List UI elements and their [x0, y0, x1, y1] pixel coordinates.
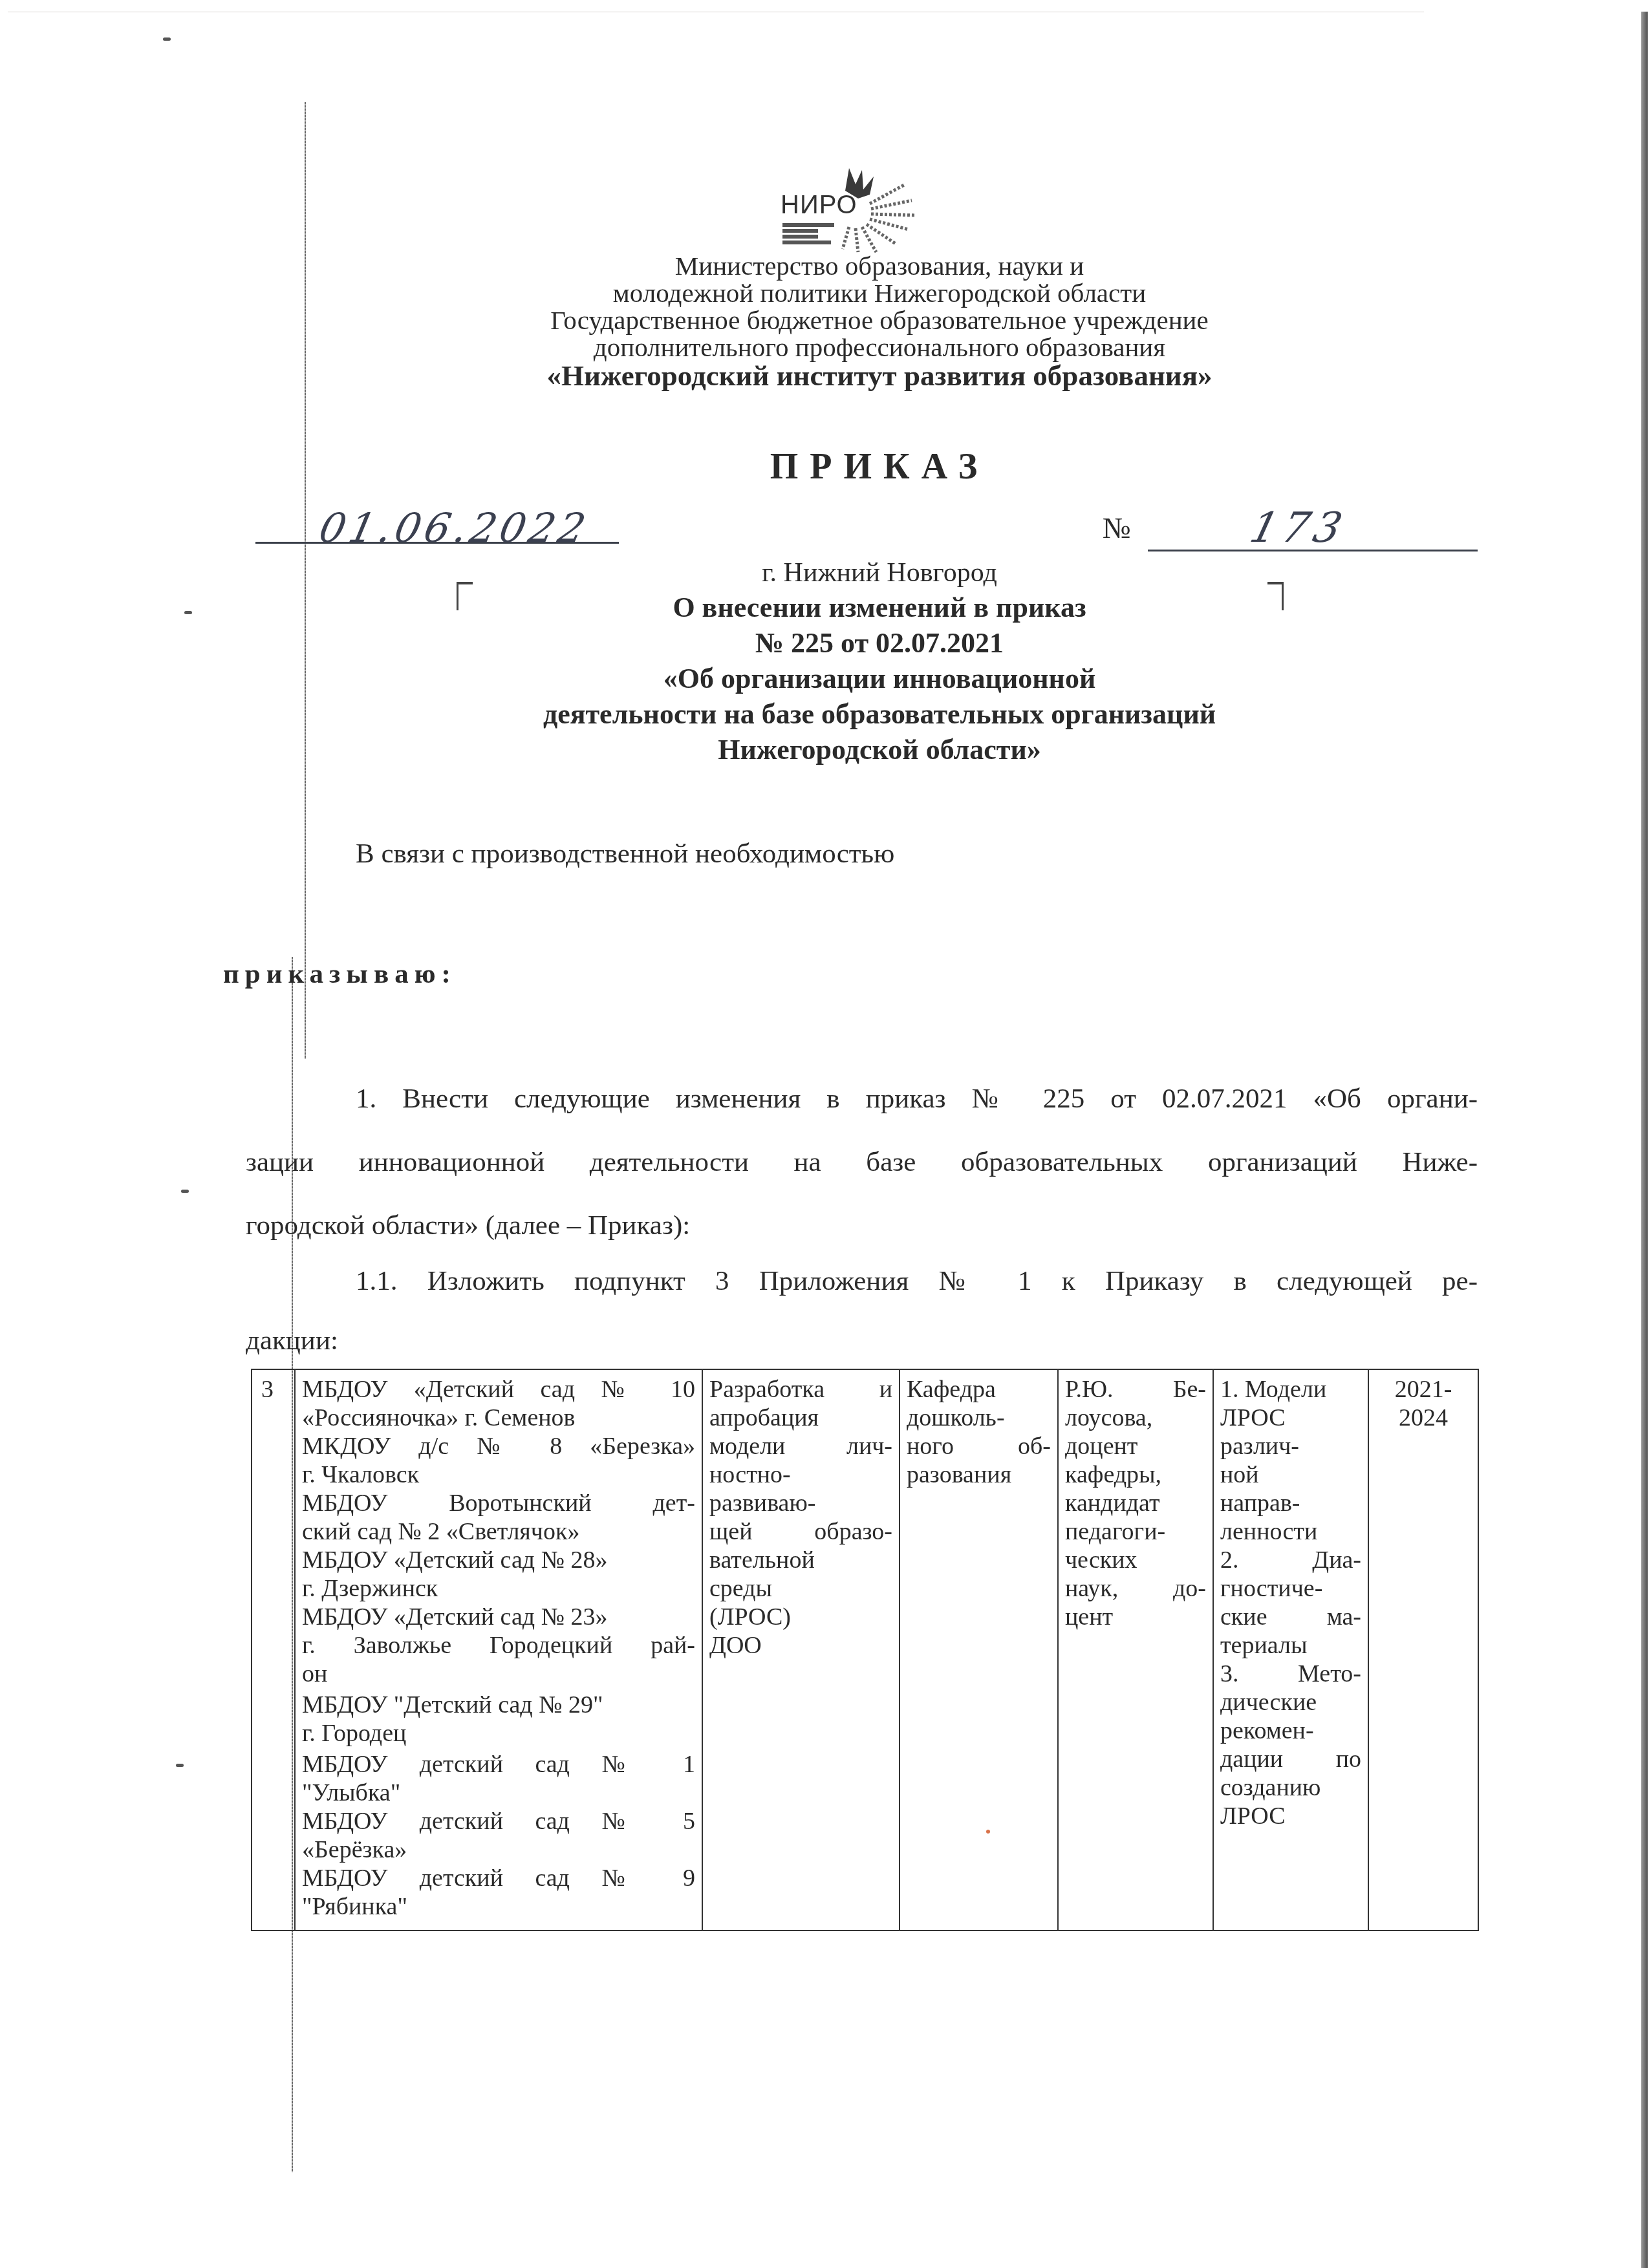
preamble: В связи с производственной необходимость… — [356, 838, 894, 870]
org-line: г. Городец — [302, 1719, 695, 1748]
institution-name: «Нижегородский институт развития образов… — [362, 362, 1397, 389]
supervisor-line: наук, до- — [1065, 1574, 1206, 1603]
org-line: МБДОУ "Детский сад № 29" — [302, 1691, 695, 1719]
paragraph-1-1-line: дакции: — [246, 1327, 1478, 1354]
scan-edge-top — [8, 12, 1424, 12]
cell-period: 2021- 2024 — [1368, 1369, 1478, 1931]
department-line: Кафедра — [907, 1375, 1051, 1404]
department-line: дошколь- — [907, 1404, 1051, 1432]
results-line: териалы — [1220, 1631, 1361, 1660]
results-line: 2. Диа- — [1220, 1546, 1361, 1574]
handwritten-number: 173 — [1245, 504, 1352, 552]
org-line: г. Дзержинск — [302, 1574, 695, 1603]
cell-department: Кафедра дошколь- ного об- разования — [900, 1369, 1058, 1931]
scan-speck — [176, 1764, 184, 1767]
supervisor-line: цент — [1065, 1603, 1206, 1631]
date-underline — [255, 542, 619, 544]
results-line: гностиче- — [1220, 1574, 1361, 1603]
org-line: МБДОУ «Детский сад № 23» — [302, 1603, 695, 1631]
paragraph-1-line: 1. Внести следующие изменения в приказ №… — [246, 1085, 1478, 1113]
org-line: г. Чкаловск — [302, 1460, 695, 1489]
scan-speck — [163, 37, 171, 41]
topic-line: среды — [709, 1574, 892, 1603]
results-line: ленности — [1220, 1517, 1361, 1546]
department-line: разования — [907, 1460, 1051, 1489]
org-line: "Улыбка" — [302, 1779, 695, 1807]
letterhead-line: молодежной политики Нижегородской област… — [362, 279, 1397, 306]
results-line: различ- — [1220, 1432, 1361, 1460]
results-line: созданию — [1220, 1773, 1361, 1802]
paragraph-1-line: зации инновационной деятельности на базе… — [246, 1148, 1478, 1176]
fold-line-upper — [305, 102, 306, 1059]
number-sign: № — [1103, 511, 1131, 545]
topic-line: (ЛРОС) — [709, 1603, 892, 1631]
results-line: дации по — [1220, 1745, 1361, 1773]
logo-wordmark: НИРО — [781, 191, 857, 220]
paragraph-1-line: городской области» (далее – Приказ): — [246, 1212, 1478, 1239]
topic-line: апробация — [709, 1404, 892, 1432]
niro-logo: НИРО — [773, 165, 921, 255]
amendment-table: 3 МБДОУ «Детский сад № 10 «Россияночка» … — [251, 1369, 1479, 1931]
topic-line: развиваю- — [709, 1489, 892, 1517]
org-line: МБДОУ детский сад № 1 — [302, 1750, 695, 1779]
cell-supervisor: Р.Ю. Бе- лоусова, доцент кафедры, кандид… — [1058, 1369, 1213, 1931]
table-row: 3 МБДОУ «Детский сад № 10 «Россияночка» … — [252, 1369, 1478, 1931]
topic-line: Разработка и — [709, 1375, 892, 1404]
document-type-title: ПРИКАЗ — [362, 446, 1397, 487]
letterhead-line: Государственное бюджетное образовательно… — [362, 306, 1397, 334]
org-line: МБДОУ «Детский сад № 28» — [302, 1546, 695, 1574]
topic-line: модели лич- — [709, 1432, 892, 1460]
topic-line: вательной — [709, 1546, 892, 1574]
subject-line: Нижегородской области» — [362, 732, 1397, 767]
org-line: МБДОУ детский сад № 5 — [302, 1807, 695, 1835]
paragraph-1-1-line: 1.1. Изложить подпункт 3 Приложения № 1 … — [246, 1267, 1478, 1295]
scan-speck-orange — [986, 1830, 990, 1834]
results-line: 1. Модели — [1220, 1375, 1361, 1404]
supervisor-line: педагоги- — [1065, 1517, 1206, 1546]
orders-word: приказываю: — [223, 958, 457, 990]
supervisor-line: ческих — [1065, 1546, 1206, 1574]
scan-speck — [184, 611, 192, 614]
org-line: «Россияночка» г. Семенов — [302, 1404, 695, 1432]
supervisor-line: доцент — [1065, 1432, 1206, 1460]
topic-line: щей образо- — [709, 1517, 892, 1546]
department-line: ного об- — [907, 1432, 1051, 1460]
results-line: 3. Мето- — [1220, 1660, 1361, 1688]
city: г. Нижний Новгород — [362, 557, 1397, 588]
subject-heading: О внесении изменений в приказ № 225 от 0… — [362, 590, 1397, 767]
supervisor-line: кандидат — [1065, 1489, 1206, 1517]
org-line: ский сад № 2 «Светлячок» — [302, 1517, 695, 1546]
period-line: 2021- — [1375, 1375, 1471, 1404]
org-line: г. Заволжье Городецкий рай- — [302, 1631, 695, 1660]
handwritten-date: 01.06.2022 — [315, 504, 594, 551]
results-line: рекомен- — [1220, 1717, 1361, 1745]
supervisor-line: лоусова, — [1065, 1404, 1206, 1432]
cell-organizations: МБДОУ «Детский сад № 10 «Россияночка» г.… — [295, 1369, 702, 1931]
results-line: ЛРОС — [1220, 1802, 1361, 1830]
topic-line: ностно- — [709, 1460, 892, 1489]
period-line: 2024 — [1375, 1404, 1471, 1432]
org-line: МБДОУ детский сад № 9 — [302, 1864, 695, 1892]
supervisor-line: кафедры, — [1065, 1460, 1206, 1489]
logo-subtitle — [782, 223, 834, 246]
subject-line: О внесении изменений в приказ — [362, 590, 1397, 625]
cell-results: 1. Модели ЛРОС различ- ной направ- ленно… — [1213, 1369, 1368, 1931]
org-line: он — [302, 1660, 695, 1688]
results-line: ские ма- — [1220, 1603, 1361, 1631]
number-underline — [1148, 550, 1478, 551]
results-line: дические — [1220, 1688, 1361, 1717]
subject-line: № 225 от 02.07.2021 — [362, 625, 1397, 661]
org-line: МКДОУ д/с № 8 «Березка» — [302, 1432, 695, 1460]
org-line: МБДОУ Воротынский дет- — [302, 1489, 695, 1517]
subject-line: деятельности на базе образовательных орг… — [362, 696, 1397, 732]
results-line: направ- — [1220, 1489, 1361, 1517]
cell-number: 3 — [252, 1369, 295, 1931]
letterhead-line: дополнительного профессионального образо… — [362, 334, 1397, 361]
org-line: "Рябинка" — [302, 1892, 695, 1921]
org-line: МБДОУ «Детский сад № 10 — [302, 1375, 695, 1404]
results-line: ной — [1220, 1460, 1361, 1489]
scan-edge-right — [1641, 12, 1648, 2268]
org-line: «Берёзка» — [302, 1835, 695, 1864]
supervisor-line: Р.Ю. Бе- — [1065, 1375, 1206, 1404]
subject-line: «Об организации инновационной — [362, 661, 1397, 696]
scan-speck — [181, 1190, 189, 1193]
topic-line: ДОО — [709, 1631, 892, 1660]
results-line: ЛРОС — [1220, 1404, 1361, 1432]
cell-topic: Разработка и апробация модели лич- ностн… — [702, 1369, 900, 1931]
letterhead: Министерство образования, науки и молоде… — [362, 252, 1397, 389]
letterhead-line: Министерство образования, науки и — [362, 252, 1397, 279]
